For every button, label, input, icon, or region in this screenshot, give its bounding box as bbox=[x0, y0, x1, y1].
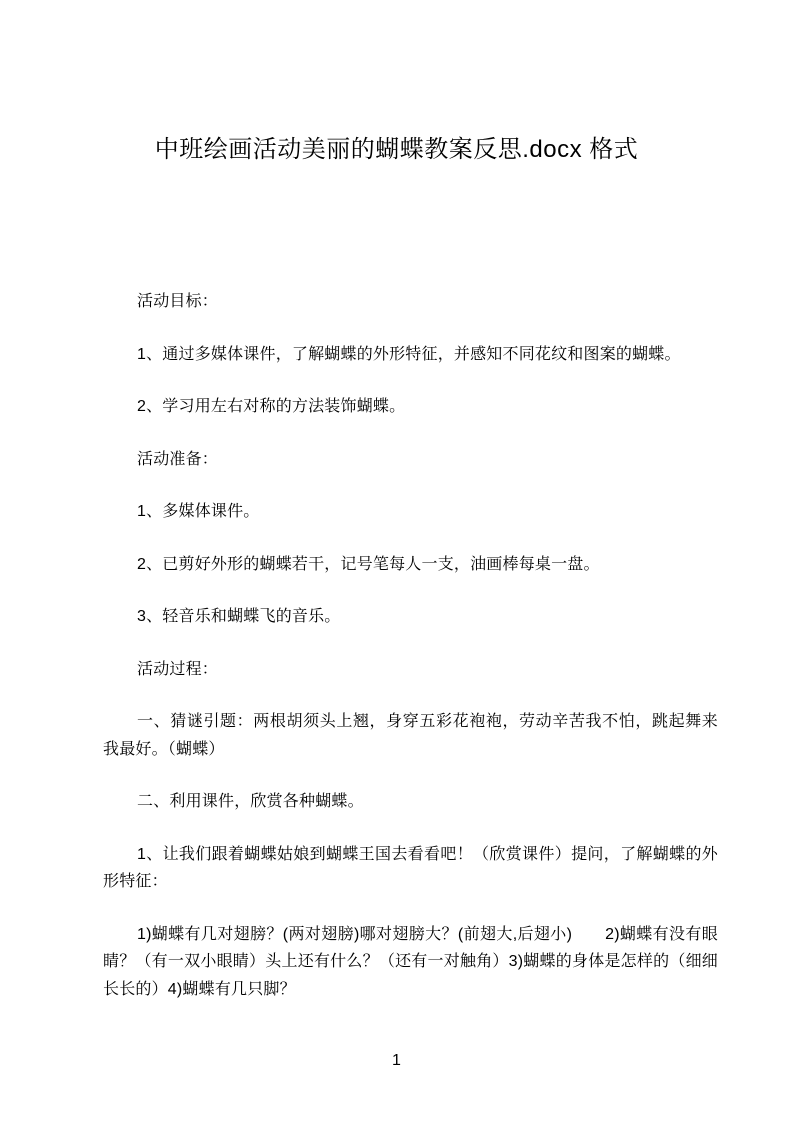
paragraph-questions: 1)蝴蝶有几对翅膀？(两对翅膀)哪对翅膀大？(前翅大,后翅小) 2)蝴蝶有没有眼… bbox=[103, 921, 718, 1004]
paragraph-goal-1: 1、通过多媒体课件，了解蝴蝶的外形特征，并感知不同花纹和图案的蝴蝶。 bbox=[103, 341, 718, 369]
document-title: 中班绘画活动美丽的蝴蝶教案反思.docx 格式 bbox=[0, 130, 793, 170]
paragraph-process-2-1: 1、让我们跟着蝴蝶姑娘到蝴蝶王国去看看吧！（欣赏课件）提问，了解蝴蝶的外形特征： bbox=[103, 841, 718, 896]
document-body: 活动目标： 1、通过多媒体课件，了解蝴蝶的外形特征，并感知不同花纹和图案的蝴蝶。… bbox=[0, 288, 793, 1003]
paragraph-prep-3: 3、轻音乐和蝴蝶飞的音乐。 bbox=[103, 603, 718, 631]
document-page: 中班绘画活动美丽的蝴蝶教案反思.docx 格式 活动目标： 1、通过多媒体课件，… bbox=[0, 0, 793, 1122]
section-heading-process: 活动过程： bbox=[103, 656, 718, 684]
section-heading-goals: 活动目标： bbox=[103, 288, 718, 316]
paragraph-goal-2: 2、学习用左右对称的方法装饰蝴蝶。 bbox=[103, 393, 718, 421]
paragraph-process-riddle: 一、猜谜引题：两根胡须头上翘，身穿五彩花袍袍，劳动辛苦我不怕，跳起舞来我最好。（… bbox=[103, 708, 718, 763]
paragraph-prep-2: 2、已剪好外形的蝴蝶若干，记号笔每人一支，油画棒每桌一盘。 bbox=[103, 551, 718, 579]
section-heading-prep: 活动准备： bbox=[103, 446, 718, 474]
paragraph-process-2: 二、利用课件，欣赏各种蝴蝶。 bbox=[103, 788, 718, 816]
paragraph-prep-1: 1、多媒体课件。 bbox=[103, 498, 718, 526]
page-number: 1 bbox=[0, 1051, 793, 1071]
